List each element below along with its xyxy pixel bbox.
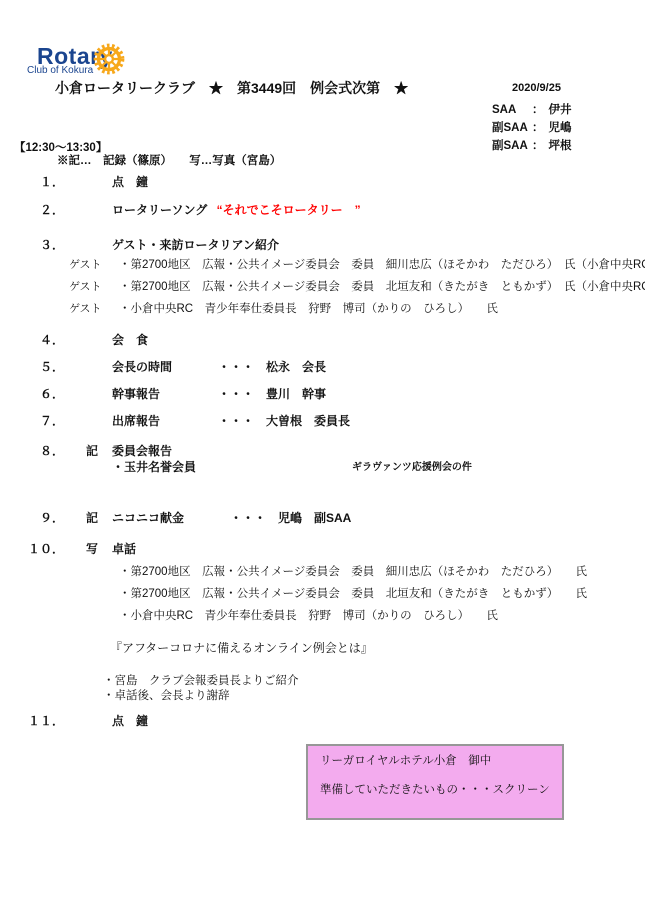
officer-name: 児嶋: [549, 122, 572, 134]
item-7-number: ７．: [20, 414, 64, 429]
record-photo-legend: ※記… 記録（篠原） 写…写真（宮島）: [57, 154, 281, 168]
officer-role: 副SAA: [492, 121, 532, 135]
officer-separator: ：: [532, 103, 544, 117]
item-8-number: ８．: [20, 444, 64, 459]
item-3-number: ３．: [20, 238, 64, 253]
item-3-title: ゲスト・来訪ロータリアン紹介: [112, 238, 279, 253]
speaker-line: ・第2700地区 広報・公共イメージ委員会 委員 細川忠広（ほそかわ ただひろ）…: [119, 565, 587, 579]
item-8-record-mark: 記: [86, 444, 98, 459]
item-10-photo-mark: 写: [86, 542, 98, 557]
speaker-line: ・小倉中央RC 青少年奉仕委員長 狩野 博司（かりの ひろし） 氏: [119, 609, 498, 623]
item-6-number: ６．: [20, 387, 64, 402]
item-7-presenter: ・・・ 大曽根 委員長: [218, 414, 350, 429]
rotary-club-text: Club of Kokura: [27, 65, 93, 78]
item-6-presenter: ・・・ 豊川 幹事: [218, 387, 326, 402]
item-5-title: 会長の時間: [112, 360, 172, 375]
guest-text: ・小倉中央RC 青少年奉仕委員長 狩野 博司（かりの ひろし） 氏: [119, 302, 498, 316]
agenda-document-page: Rotary Club of Kokura 小倉ロータリークラブ ★ 第3449…: [0, 0, 645, 912]
speech-topic-title: 『アフターコロナに備えるオンライン例会とは』: [110, 641, 373, 656]
officer-role: 副SAA: [492, 139, 532, 153]
item-8-subitem: ・玉井名誉会員: [112, 460, 196, 475]
guest-text: ・第2700地区 広報・公共イメージ委員会 委員 細川忠広（ほそかわ ただひろ）…: [119, 258, 645, 272]
item-1-title: 点 鐘: [112, 175, 148, 190]
officer-separator: ：: [532, 121, 544, 135]
officer-name: 坪根: [549, 140, 572, 152]
guest-text: ・第2700地区 広報・公共イメージ委員会 委員 北垣友和（きたがき ともかず）…: [119, 280, 645, 294]
meeting-date: 2020/9/25: [512, 82, 561, 96]
speaker-line: ・第2700地区 広報・公共イメージ委員会 委員 北垣友和（きたがき ともかず）…: [119, 587, 587, 601]
item-9-title: ニコニコ献金: [112, 511, 184, 526]
rotary-song-title: “それでこそロータリー ”: [217, 203, 361, 217]
speech-note: ・卓話後、会長より謝辞: [103, 689, 230, 703]
item-2-label: ロータリーソング: [112, 203, 207, 217]
guest-label: ゲスト: [69, 259, 102, 273]
guest-label: ゲスト: [69, 303, 102, 317]
item-9-presenter: ・・・ 児嶋 副SAA: [230, 511, 351, 526]
guest-label: ゲスト: [69, 281, 102, 295]
item-10-number: １０．: [20, 542, 64, 557]
item-2-number: ２．: [20, 203, 64, 218]
item-6-title: 幹事報告: [112, 387, 160, 402]
hotel-note-box: リーガロイヤルホテル小倉 御中 準備していただきたいもの・・・スクリーン: [306, 744, 564, 820]
item-11-title: 点 鐘: [112, 714, 148, 729]
item-11-number: １１．: [20, 714, 64, 729]
page-title: 小倉ロータリークラブ ★ 第3449回 例会式次第 ★: [55, 80, 408, 98]
item-8-title: 委員会報告: [112, 444, 172, 459]
officer-row-vice-saa-1: 副SAA：児嶋: [492, 121, 572, 135]
rotary-wheel-icon: [91, 41, 127, 77]
item-2-title: ロータリーソング “それでこそロータリー ”: [112, 203, 361, 218]
officer-row-vice-saa-2: 副SAA：坪根: [492, 139, 572, 153]
item-4-title: 会 食: [112, 333, 148, 348]
officer-separator: ：: [532, 139, 544, 153]
officer-name: 伊井: [549, 104, 572, 116]
item-1-number: １．: [20, 175, 64, 190]
item-7-title: 出席報告: [112, 414, 160, 429]
item-9-number: ９．: [20, 511, 64, 526]
item-5-number: ５．: [20, 360, 64, 375]
item-10-title: 卓話: [112, 542, 136, 557]
item-5-presenter: ・・・ 松永 会長: [218, 360, 326, 375]
speech-note: ・宮島 クラブ会報委員長よりご紹介: [103, 674, 299, 688]
officer-role: SAA: [492, 103, 532, 117]
item-8-side-note: ギラヴァンツ応援例会の件: [352, 462, 472, 475]
hotel-note-addressee: リーガロイヤルホテル小倉 御中: [320, 754, 550, 768]
item-4-number: ４．: [20, 333, 64, 348]
item-9-record-mark: 記: [86, 511, 98, 526]
hotel-note-request: 準備していただきたいもの・・・スクリーン: [320, 783, 550, 797]
officer-row-saa: SAA：伊井: [492, 103, 572, 117]
